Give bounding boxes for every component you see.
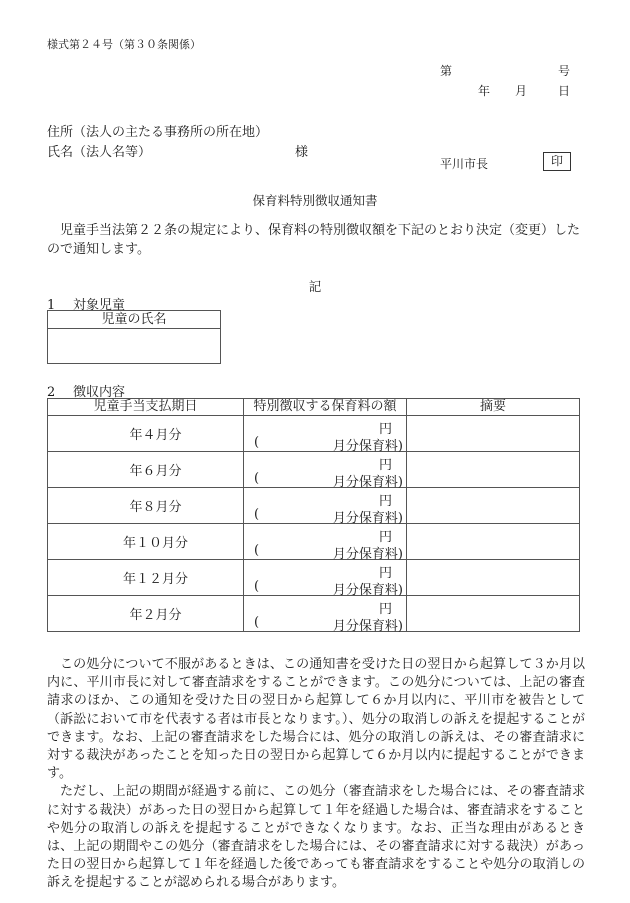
amount-cell[interactable]: 円(月分保育料) <box>244 452 407 488</box>
paren-open: ( <box>254 471 259 486</box>
ki-heading: 記 <box>0 277 630 295</box>
month-fee-label: 月分保育料) <box>333 615 403 634</box>
period-cell: 年８月分 <box>48 488 244 524</box>
table-row: 年６月分 円(月分保育料) <box>48 452 580 488</box>
remarks-cell[interactable] <box>407 524 580 560</box>
paren-open: ( <box>254 435 259 450</box>
issuer-mayor: 平川市長 <box>440 155 488 172</box>
document-title: 保育料特別徴収通知書 <box>0 191 630 209</box>
date-day: 日 <box>558 82 570 99</box>
paren-open: ( <box>254 507 259 522</box>
remarks-cell[interactable] <box>407 452 580 488</box>
date-month: 月 <box>515 82 527 99</box>
remarks-cell[interactable] <box>407 560 580 596</box>
collection-table: 児童手当支払期日 特別徴収する保育料の額 摘要 年４月分 円(月分保育料) 年６… <box>47 398 580 632</box>
appeal-notice: この処分について不服があるときは、この通知書を受けた日の翌日から起算して３か月以… <box>47 656 585 893</box>
remarks-cell[interactable] <box>407 416 580 452</box>
paren-open: ( <box>254 543 259 558</box>
form-number: 様式第２４号（第３０条関係） <box>47 36 201 52</box>
amount-cell[interactable]: 円(月分保育料) <box>244 416 407 452</box>
doc-number-suffix: 号 <box>558 62 570 79</box>
appeal-paragraph-1: この処分について不服があるときは、この通知書を受けた日の翌日から起算して３か月以… <box>47 656 585 783</box>
amount-cell[interactable]: 円(月分保育料) <box>244 560 407 596</box>
table-row: 年１０月分 円(月分保育料) <box>48 524 580 560</box>
amount-cell[interactable]: 円(月分保育料) <box>244 488 407 524</box>
intro-paragraph: 児童手当法第２２条の規定により、保育料の特別徴収額を下記のとおり決定（変更）した… <box>47 221 587 259</box>
doc-number-prefix: 第 <box>440 62 452 79</box>
child-name-cell[interactable] <box>48 329 221 364</box>
period-cell: 年１０月分 <box>48 524 244 560</box>
child-table: 児童の氏名 <box>47 310 221 364</box>
remarks-cell[interactable] <box>407 596 580 632</box>
appeal-paragraph-2: ただし、上記の期間が経過する前に、この処分（審査請求をした場合には、その審査請求… <box>47 783 585 892</box>
paren-open: ( <box>254 579 259 594</box>
address-label: 住所（法人の主たる事務所の所在地） <box>47 121 268 140</box>
amount-cell[interactable]: 円(月分保育料) <box>244 524 407 560</box>
table-row: 年８月分 円(月分保育料) <box>48 488 580 524</box>
header-remarks: 摘要 <box>407 399 580 416</box>
period-cell: 年２月分 <box>48 596 244 632</box>
table-row: 年１２月分 円(月分保育料) <box>48 560 580 596</box>
date-year: 年 <box>478 82 490 99</box>
period-cell: 年４月分 <box>48 416 244 452</box>
remarks-cell[interactable] <box>407 488 580 524</box>
table-row: 年４月分 円(月分保育料) <box>48 416 580 452</box>
header-payment-date: 児童手当支払期日 <box>48 399 244 416</box>
name-label: 氏名（法人名等） <box>47 141 151 160</box>
paren-open: ( <box>254 615 259 630</box>
period-cell: 年６月分 <box>48 452 244 488</box>
child-name-header: 児童の氏名 <box>48 311 221 329</box>
honorific: 様 <box>295 141 308 160</box>
header-amount: 特別徴収する保育料の額 <box>244 399 407 416</box>
table-row: 年２月分 円(月分保育料) <box>48 596 580 632</box>
seal-stamp-box: 印 <box>543 152 571 171</box>
amount-cell[interactable]: 円(月分保育料) <box>244 596 407 632</box>
period-cell: 年１２月分 <box>48 560 244 596</box>
